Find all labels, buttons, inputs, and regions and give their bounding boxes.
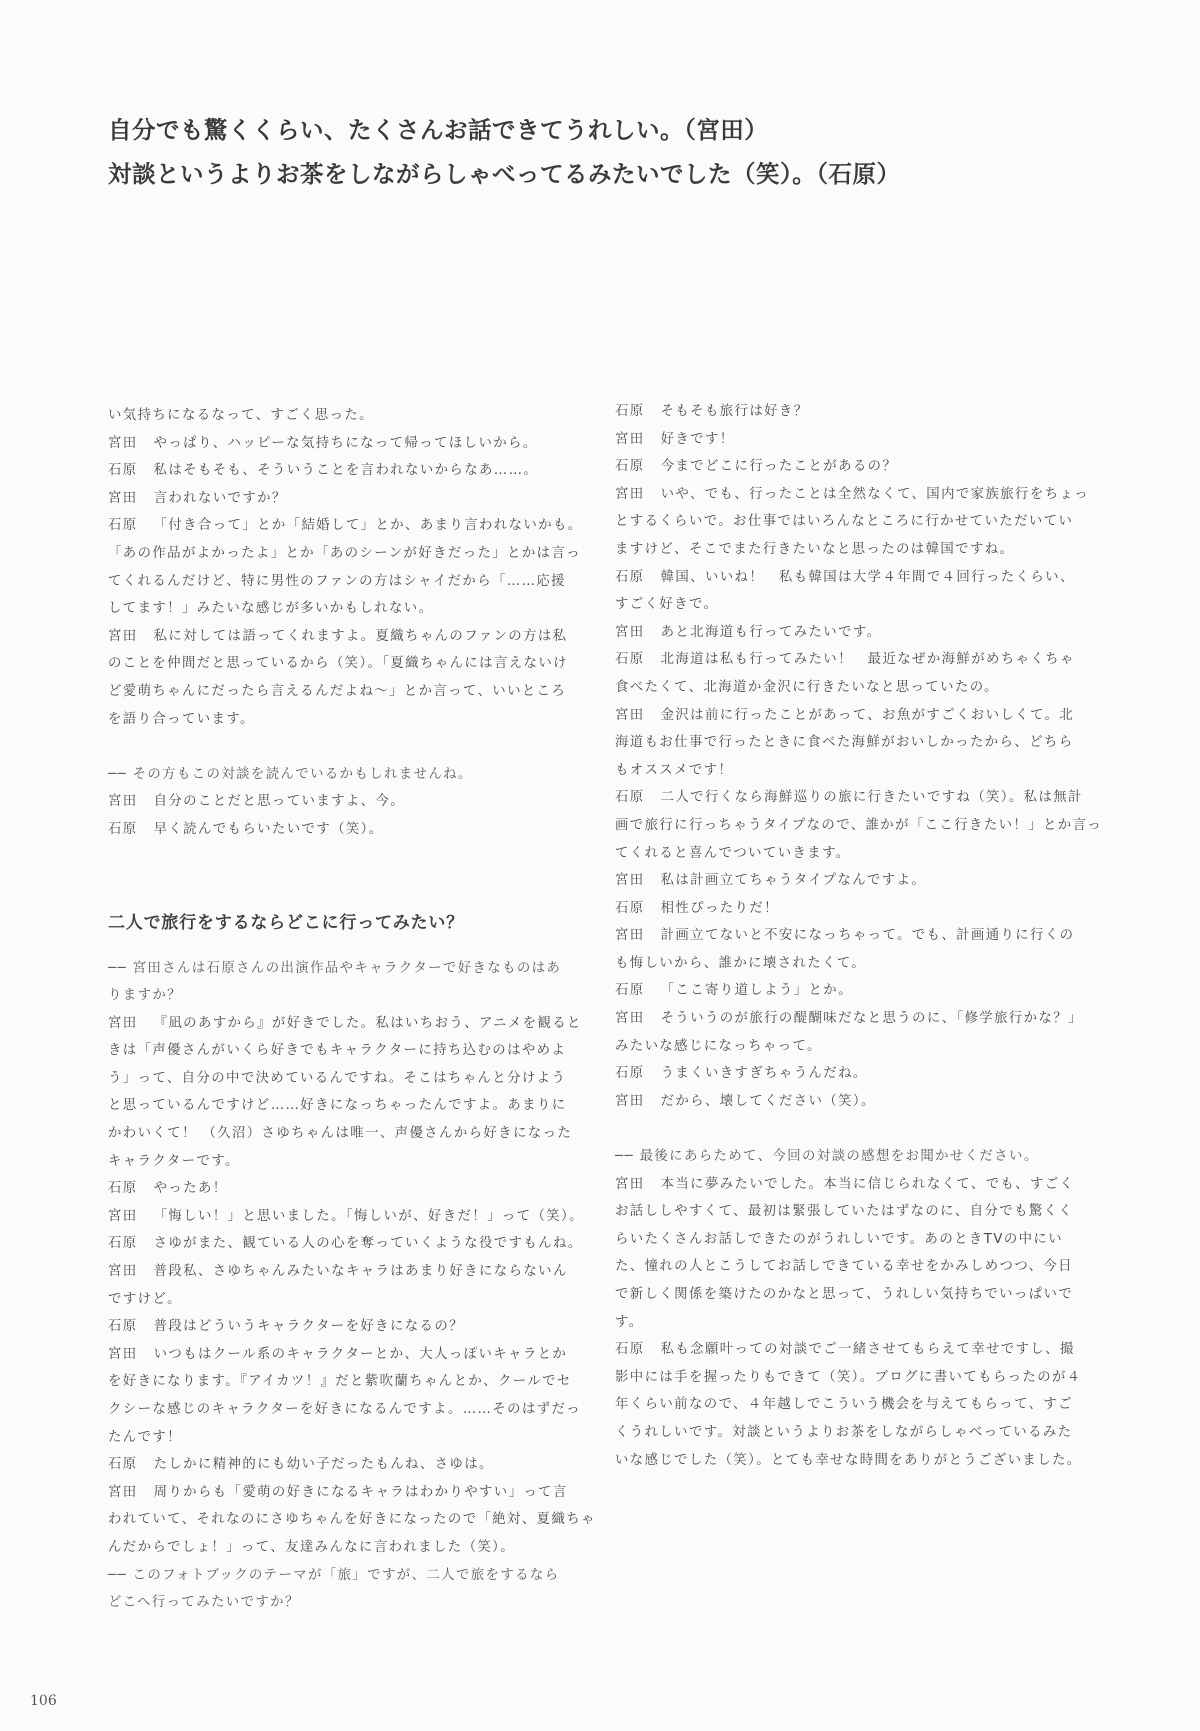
pull-quote-headline: 自分でも驚くくらい、たくさんお話できてうれしい。（宮田） 対談というよりお茶をし… — [108, 108, 1008, 196]
speaker-name: 石原 — [615, 404, 645, 419]
line-text: たんです！ — [108, 1430, 182, 1445]
speaker-name: 宮田 — [615, 873, 645, 888]
line-text: いな感じでした（笑）。とても幸せな時間をありがとうございました。 — [615, 1453, 1082, 1468]
dialogue-line: 影中には手を握ったりもできて（笑）。ブログに書いてもらったのが４ — [615, 1364, 1085, 1392]
line-text: 食べたくて、北海道か金沢に行きたいなと思っていたの。 — [615, 680, 999, 695]
right-part2: ── 最後にあらためて、今回の対談の感想をお聞かせください。宮田本当に夢みたいで… — [615, 1143, 1085, 1474]
dialogue-line: きは「声優さんがいくら好きでもキャラクターに持ち込むのはやめよ — [108, 1037, 578, 1065]
line-text: 「付き合って」とか「結婚して」とか、あまり言われないかも。 — [154, 518, 583, 533]
line-text: う」って、自分の中で決めているんですね。そこはちゃんと分けよう — [108, 1071, 566, 1086]
line-text: どこへ行ってみたいですか？ — [108, 1595, 300, 1610]
line-text: いや、でも、行ったことは全然なくて、国内で家族旅行をちょっ — [661, 487, 1089, 502]
line-text: きは「声優さんがいくら好きでもキャラクターに持ち込むのはやめよ — [108, 1043, 566, 1058]
dialogue-line: を語り合っています。 — [108, 706, 578, 734]
interviewer-question-line: りますか？ — [108, 982, 578, 1010]
speaker-name: 石原 — [108, 822, 138, 837]
dialogue-line: 食べたくて、北海道か金沢に行きたいなと思っていたの。 — [615, 674, 1085, 702]
line-text: そういうのが旅行の醍醐味だなと思うのに、「修学旅行かな？」 — [661, 1011, 1083, 1026]
speaker-name: 宮田 — [108, 794, 138, 809]
speaker-name: 石原 — [615, 652, 645, 667]
line-text: 画で旅行に行っちゃうタイプなので、誰かが「ここ行きたい！」とか言っ — [615, 818, 1102, 833]
line-text: ── 最後にあらためて、今回の対談の感想をお聞かせください。 — [615, 1149, 1039, 1164]
line-text: 海道もお仕事で行ったときに食べた海鮮がおいしかったから、どちら — [615, 735, 1074, 750]
line-text: で新しく関係を築けたのかなと思って、うれしい気持ちでいっぱいで — [615, 1287, 1073, 1302]
line-text: 私はそもそも、そういうことを言われないからなあ……。 — [154, 463, 539, 478]
line-text: 言われないですか？ — [154, 491, 287, 506]
dialogue-line: 宮田だから、壊してください（笑）。 — [615, 1088, 1085, 1116]
dialogue-line: ど愛萌ちゃんにだったら言えるんだよね〜」とか言って、いいところ — [108, 678, 578, 706]
line-text: 影中には手を握ったりもできて（笑）。ブログに書いてもらったのが４ — [615, 1370, 1082, 1385]
speaker-name: 宮田 — [108, 436, 138, 451]
speaker-name: 宮田 — [615, 487, 645, 502]
speaker-name: 石原 — [615, 1342, 645, 1357]
dialogue-line: い気持ちになるなって、すごく思った。 — [108, 402, 578, 430]
spacer — [108, 733, 578, 761]
line-text: 「あの作品がよかったよ」とか「あのシーンが好きだった」とかは言っ — [108, 546, 581, 561]
line-text: うまくいきすぎちゃうんだね。 — [661, 1066, 868, 1081]
line-text: くうれしいです。対談というよりお茶をしながらしゃべっているみた — [615, 1425, 1072, 1440]
line-text: お話ししやすくて、最初は緊張していたはずなのに、自分でも驚くく — [615, 1204, 1073, 1219]
dialogue-line: 宮田本当に夢みたいでした。本当に信じられなくて、でも、すごく — [615, 1171, 1085, 1199]
line-text: ── このフォトブックのテーマが「旅」ですが、二人で旅をするなら — [108, 1568, 560, 1583]
line-text: らいたくさんお話しできたのがうれしいです。あのときTVの中にい — [615, 1232, 1063, 1247]
line-text: 二人で行くなら海鮮巡りの旅に行きたいですね（笑）。私は無計 — [661, 790, 1083, 805]
dialogue-line: 石原私はそもそも、そういうことを言われないからなあ……。 — [108, 457, 578, 485]
line-text: てくれると喜んでついていきます。 — [615, 846, 851, 861]
dialogue-line: 宮田普段私、さゆちゃんみたいなキャラはあまり好きにならないん — [108, 1258, 578, 1286]
line-text: 本当に夢みたいでした。本当に信じられなくて、でも、すごく — [661, 1177, 1075, 1192]
interviewer-question-line: ── 宮田さんは石原さんの出演作品やキャラクターで好きなものはあ — [108, 955, 578, 983]
dialogue-line: いな感じでした（笑）。とても幸せな時間をありがとうございました。 — [615, 1447, 1085, 1475]
line-text: を好きになります。『アイカツ！』だと紫吹蘭ちゃんとか、クールでセ — [108, 1374, 572, 1389]
dialogue-line: 石原二人で行くなら海鮮巡りの旅に行きたいですね（笑）。私は無計 — [615, 784, 1085, 812]
dialogue-line: 石原そもそも旅行は好き？ — [615, 398, 1085, 426]
dialogue-line: もオススメです！ — [615, 757, 1085, 785]
line-text: 普段私、さゆちゃんみたいなキャラはあまり好きにならないん — [154, 1264, 568, 1279]
dialogue-line: 石原「付き合って」とか「結婚して」とか、あまり言われないかも。 — [108, 512, 578, 540]
speaker-name: 宮田 — [108, 1485, 138, 1500]
line-text: 好きです！ — [661, 432, 735, 447]
dialogue-line: 宮田私に対しては語ってくれますよ。夏織ちゃんのファンの方は私 — [108, 623, 578, 651]
speaker-name: 宮田 — [615, 432, 645, 447]
dialogue-line: 石原北海道は私も行ってみたい！ 最近なぜか海鮮がめちゃくちゃ — [615, 646, 1085, 674]
line-text: とするくらいで。お仕事ではいろんなところに行かせていただいてい — [615, 514, 1073, 529]
speaker-name: 石原 — [615, 983, 645, 998]
dialogue-line: 石原早く読んでもらいたいです（笑）。 — [108, 816, 578, 844]
line-text: ── その方もこの対談を読んでいるかもしれませんね。 — [108, 767, 473, 782]
dialogue-line: 石原普段はどういうキャラクターを好きになるの？ — [108, 1313, 578, 1341]
dialogue-line: 石原「ここ寄り道しよう」とか。 — [615, 977, 1085, 1005]
speaker-name: 石原 — [615, 901, 645, 916]
interviewer-question-line: ── このフォトブックのテーマが「旅」ですが、二人で旅をするなら — [108, 1562, 578, 1590]
line-text: 私は計画立てちゃうタイプなんですよ。 — [661, 873, 927, 888]
dialogue-line: 「あの作品がよかったよ」とか「あのシーンが好きだった」とかは言っ — [108, 540, 578, 568]
dialogue-line: 宮田周りからも「愛萌の好きになるキャラはわかりやすい」って言 — [108, 1479, 578, 1507]
line-text: たしかに精神的にも幼い子だったもんね、さゆは。 — [154, 1457, 494, 1472]
line-text: のことを仲間だと思っているから（笑）。「夏織ちゃんには言えないけ — [108, 656, 568, 671]
line-text: ますけど、そこでまた行きたいなと思ったのは韓国ですね。 — [615, 542, 1014, 557]
dialogue-line: ですけど。 — [108, 1286, 578, 1314]
line-text: てくれるんだけど、特に男性のファンの方はシャイだから「……応援 — [108, 574, 566, 589]
speaker-name: 石原 — [615, 1066, 645, 1081]
left-part3: ── 宮田さんは石原さんの出演作品やキャラクターで好きなものはありますか？宮田『… — [108, 955, 578, 1617]
dialogue-line: 画で旅行に行っちゃうタイプなので、誰かが「ここ行きたい！」とか言っ — [615, 812, 1085, 840]
speaker-name: 宮田 — [615, 1094, 645, 1109]
dialogue-line: 海道もお仕事で行ったときに食べた海鮮がおいしかったから、どちら — [615, 729, 1085, 757]
speaker-name: 石原 — [108, 463, 138, 478]
dialogue-line: 宮田いつもはクール系のキャラクターとか、大人っぽいキャラとか — [108, 1341, 578, 1369]
dialogue-line: たんです！ — [108, 1424, 578, 1452]
speaker-name: 宮田 — [108, 1209, 138, 1224]
speaker-name: 石原 — [108, 1181, 138, 1196]
dialogue-line: 石原相性ぴったりだ！ — [615, 895, 1085, 923]
line-text: 私も念願叶っての対談でご一緒させてもらえて幸せですし、撮 — [661, 1342, 1075, 1357]
interviewer-question-line: どこへ行ってみたいですか？ — [108, 1589, 578, 1617]
line-text: してます！」みたいな感じが多いかもしれない。 — [108, 601, 433, 616]
speaker-name: 宮田 — [108, 629, 138, 644]
line-text: を語り合っています。 — [108, 712, 255, 727]
dialogue-line: う」って、自分の中で決めているんですね。そこはちゃんと分けよう — [108, 1065, 578, 1093]
speaker-name: 宮田 — [108, 1264, 138, 1279]
speaker-name: 宮田 — [615, 1177, 645, 1192]
line-text: だから、壊してください（笑）。 — [661, 1094, 876, 1109]
line-text: 年くらい前なので、４年越しでこういう機会を与えてもらって、すご — [615, 1397, 1073, 1412]
line-text: みたいな感じになっちゃって。 — [615, 1039, 822, 1054]
dialogue-line: 宮田言われないですか？ — [108, 485, 578, 513]
dialogue-line: のことを仲間だと思っているから（笑）。「夏織ちゃんには言えないけ — [108, 650, 578, 678]
dialogue-line: た、憧れの人とこうしてお話しできている幸せをかみしめつつ、今日 — [615, 1253, 1085, 1281]
line-text: やっぱり、ハッピーな気持ちになって帰ってほしいから。 — [154, 436, 538, 451]
speaker-name: 石原 — [615, 570, 645, 585]
dialogue-line: らいたくさんお話しできたのがうれしいです。あのときTVの中にい — [615, 1226, 1085, 1254]
interviewer-question-line: ── 最後にあらためて、今回の対談の感想をお聞かせください。 — [615, 1143, 1085, 1171]
dialogue-line: 宮田『凪のあすから』が好きでした。私はいちおう、アニメを観ると — [108, 1010, 578, 1038]
right-text-column: 石原そもそも旅行は好き？宮田好きです！石原今までどこに行ったことがあるの？宮田い… — [615, 398, 1085, 1474]
dialogue-line: 石原うまくいきすぎちゃうんだね。 — [615, 1060, 1085, 1088]
dialogue-line: クシーな感じのキャラクターを好きになるんですよ。……そのはずだっ — [108, 1396, 578, 1424]
dialogue-line: と思っているんですけど……好きになっちゃったんですよ。あまりに — [108, 1092, 578, 1120]
page-number: 106 — [30, 1693, 57, 1709]
dialogue-line: す。 — [615, 1309, 1085, 1337]
line-text: ど愛萌ちゃんにだったら言えるんだよね〜」とか言って、いいところ — [108, 684, 566, 699]
line-text: 金沢は前に行ったことがあって、お魚がすごくおいしくて。北 — [661, 708, 1074, 723]
right-part1: 石原そもそも旅行は好き？宮田好きです！石原今までどこに行ったことがあるの？宮田い… — [615, 398, 1085, 1115]
line-text: 普段はどういうキャラクターを好きになるの？ — [154, 1319, 464, 1334]
line-text: 『凪のあすから』が好きでした。私はいちおう、アニメを観ると — [154, 1016, 582, 1031]
speaker-name: 宮田 — [108, 1016, 138, 1031]
dialogue-line: 石原今までどこに行ったことがあるの？ — [615, 453, 1085, 481]
dialogue-line: を好きになります。『アイカツ！』だと紫吹蘭ちゃんとか、クールでセ — [108, 1368, 578, 1396]
dialogue-line: われていて、それなのにさゆちゃんを好きになったので「絶対、夏織ちゃ — [108, 1506, 578, 1534]
line-text: 今までどこに行ったことがあるの？ — [661, 459, 898, 474]
dialogue-line: 宮田私は計画立てちゃうタイプなんですよ。 — [615, 867, 1085, 895]
headline-line-2: 対談というよりお茶をしながらしゃべってるみたいでした（笑）。（石原） — [108, 152, 1008, 196]
dialogue-line: 宮田あと北海道も行ってみたいです。 — [615, 619, 1085, 647]
line-text: 相性ぴったりだ！ — [661, 901, 779, 916]
dialogue-line: 宮田やっぱり、ハッピーな気持ちになって帰ってほしいから。 — [108, 430, 578, 458]
line-text: もオススメです！ — [615, 763, 733, 778]
left-text-column: い気持ちになるなって、すごく思った。宮田やっぱり、ハッピーな気持ちになって帰って… — [108, 402, 578, 1617]
dialogue-line: 宮田好きです！ — [615, 426, 1085, 454]
line-text: あと北海道も行ってみたいです。 — [661, 625, 882, 640]
dialogue-line: てくれると喜んでついていきます。 — [615, 840, 1085, 868]
line-text: われていて、それなのにさゆちゃんを好きになったので「絶対、夏織ちゃ — [108, 1512, 596, 1527]
line-text: た、憧れの人とこうしてお話しできている幸せをかみしめつつ、今日 — [615, 1259, 1073, 1274]
line-text: 計画立てないと不安になっちゃって。でも、計画通りに行くの — [661, 928, 1075, 943]
line-text: 韓国、いいね！ 私も韓国は大学４年間で４回行ったくらい、 — [661, 570, 1075, 585]
section-heading: 二人で旅行をするならどこに行ってみたい？ — [108, 903, 578, 955]
dialogue-line: 年くらい前なので、４年越しでこういう機会を与えてもらって、すご — [615, 1391, 1085, 1419]
spacer — [108, 844, 578, 899]
line-text: ── 宮田さんは石原さんの出演作品やキャラクターで好きなものはあ — [108, 961, 561, 976]
line-text: 「悔しい！」と思いました。「悔しいが、好きだ！」って（笑）。 — [154, 1209, 584, 1224]
dialogue-line: 宮田計画立てないと不安になっちゃって。でも、計画通りに行くの — [615, 922, 1085, 950]
line-text: 早く読んでもらいたいです（笑）。 — [154, 822, 384, 837]
left-part2: ── その方もこの対談を読んでいるかもしれませんね。宮田自分のことだと思っていま… — [108, 761, 578, 844]
dialogue-line: かわいくて！ （久沼）さゆちゃんは唯一、声優さんから好きになった — [108, 1120, 578, 1148]
dialogue-line: くうれしいです。対談というよりお茶をしながらしゃべっているみた — [615, 1419, 1085, 1447]
dialogue-line: 石原韓国、いいね！ 私も韓国は大学４年間で４回行ったくらい、 — [615, 564, 1085, 592]
line-text: キャラクターです。 — [108, 1154, 240, 1169]
spacer — [615, 1115, 1085, 1143]
line-text: も悔しいから、誰かに壊されたくて。 — [615, 956, 866, 971]
speaker-name: 宮田 — [108, 1347, 138, 1362]
speaker-name: 宮田 — [615, 928, 645, 943]
left-part1: い気持ちになるなって、すごく思った。宮田やっぱり、ハッピーな気持ちになって帰って… — [108, 402, 578, 733]
headline-line-1: 自分でも驚くくらい、たくさんお話できてうれしい。（宮田） — [108, 108, 1008, 152]
dialogue-line: お話ししやすくて、最初は緊張していたはずなのに、自分でも驚くく — [615, 1198, 1085, 1226]
line-text: 周りからも「愛萌の好きになるキャラはわかりやすい」って言 — [154, 1485, 568, 1500]
dialogue-line: キャラクターです。 — [108, 1148, 578, 1176]
speaker-name: 宮田 — [615, 1011, 645, 1026]
line-text: ですけど。 — [108, 1292, 182, 1307]
dialogue-line: 石原たしかに精神的にも幼い子だったもんね、さゆは。 — [108, 1451, 578, 1479]
speaker-name: 石原 — [615, 790, 645, 805]
dialogue-line: とするくらいで。お仕事ではいろんなところに行かせていただいてい — [615, 508, 1085, 536]
dialogue-line: 宮田「悔しい！」と思いました。「悔しいが、好きだ！」って（笑）。 — [108, 1203, 578, 1231]
dialogue-line: 宮田そういうのが旅行の醍醐味だなと思うのに、「修学旅行かな？」 — [615, 1005, 1085, 1033]
dialogue-line: で新しく関係を築けたのかなと思って、うれしい気持ちでいっぱいで — [615, 1281, 1085, 1309]
line-text: いつもはクール系のキャラクターとか、大人っぽいキャラとか — [154, 1347, 568, 1362]
dialogue-line: みたいな感じになっちゃって。 — [615, 1033, 1085, 1061]
interviewer-question-line: ── その方もこの対談を読んでいるかもしれませんね。 — [108, 761, 578, 789]
dialogue-line: 石原私も念願叶っての対談でご一緒させてもらえて幸せですし、撮 — [615, 1336, 1085, 1364]
line-text: す。 — [615, 1315, 644, 1330]
speaker-name: 宮田 — [615, 625, 645, 640]
dialogue-line: してます！」みたいな感じが多いかもしれない。 — [108, 595, 578, 623]
line-text: さゆがまた、観ている人の心を奪っていくような役ですもんね。 — [154, 1236, 583, 1251]
dialogue-line: んだからでしょ！」って、友達みんなに言われました（笑）。 — [108, 1534, 578, 1562]
line-text: やったあ！ — [154, 1181, 228, 1196]
line-text: 「ここ寄り道しよう」とか。 — [661, 983, 853, 998]
dialogue-line: すごく好きで。 — [615, 591, 1085, 619]
dialogue-line: 石原やったあ！ — [108, 1175, 578, 1203]
line-text: そもそも旅行は好き？ — [661, 404, 809, 419]
speaker-name: 宮田 — [108, 491, 138, 506]
speaker-name: 石原 — [108, 1319, 138, 1334]
line-text: と思っているんですけど……好きになっちゃったんですよ。あまりに — [108, 1098, 567, 1113]
dialogue-line: てくれるんだけど、特に男性のファンの方はシャイだから「……応援 — [108, 568, 578, 596]
line-text: すごく好きで。 — [615, 597, 718, 612]
dialogue-line: 宮田金沢は前に行ったことがあって、お魚がすごくおいしくて。北 — [615, 702, 1085, 730]
speaker-name: 石原 — [615, 459, 645, 474]
dialogue-line: 石原さゆがまた、観ている人の心を奪っていくような役ですもんね。 — [108, 1230, 578, 1258]
speaker-name: 宮田 — [615, 708, 645, 723]
speaker-name: 石原 — [108, 1236, 138, 1251]
line-text: クシーな感じのキャラクターを好きになるんですよ。……そのはずだっ — [108, 1402, 581, 1417]
line-text: りますか？ — [108, 988, 182, 1003]
speaker-name: 石原 — [108, 1457, 138, 1472]
line-text: んだからでしょ！」って、友達みんなに言われました（笑）。 — [108, 1540, 515, 1555]
line-text: 私に対しては語ってくれますよ。夏織ちゃんのファンの方は私 — [154, 629, 568, 644]
line-text: 北海道は私も行ってみたい！ 最近なぜか海鮮がめちゃくちゃ — [661, 652, 1075, 667]
dialogue-line: ますけど、そこでまた行きたいなと思ったのは韓国ですね。 — [615, 536, 1085, 564]
dialogue-line: も悔しいから、誰かに壊されたくて。 — [615, 950, 1085, 978]
line-text: 自分のことだと思っていますよ、今。 — [154, 794, 405, 809]
dialogue-line: 宮田自分のことだと思っていますよ、今。 — [108, 788, 578, 816]
speaker-name: 石原 — [108, 518, 138, 533]
dialogue-line: 宮田いや、でも、行ったことは全然なくて、国内で家族旅行をちょっ — [615, 481, 1085, 509]
line-text: い気持ちになるなって、すごく思った。 — [108, 408, 374, 423]
line-text: かわいくて！ （久沼）さゆちゃんは唯一、声優さんから好きになった — [108, 1126, 572, 1141]
